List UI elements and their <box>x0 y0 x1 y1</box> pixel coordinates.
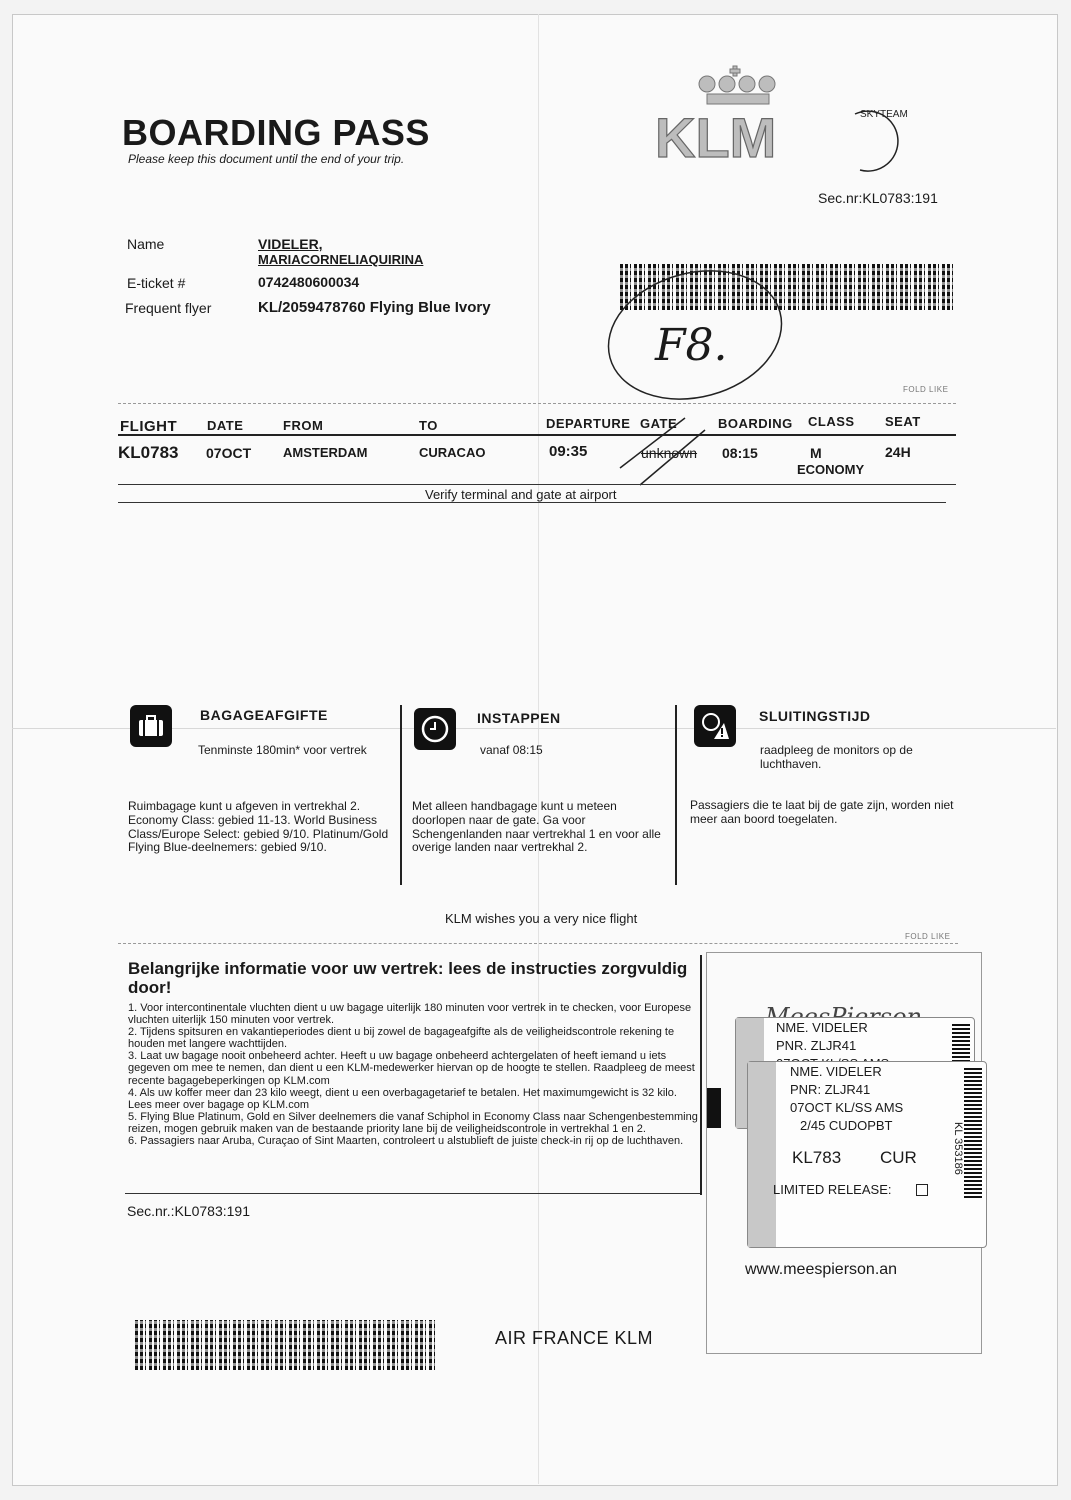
table-bottom-rule <box>118 484 956 485</box>
suitcase-icon <box>130 705 172 747</box>
col-date: DATE <box>207 418 243 433</box>
eticket-number: 0742480600034 <box>258 274 359 290</box>
info-closing: SLUITINGSTIJD raadpleeg de monitors op d… <box>694 705 964 747</box>
passenger-given-names: MARIACORNELIAQUIRINA <box>258 252 423 267</box>
clock-icon <box>414 708 456 750</box>
col-flight: FLIGHT <box>120 418 177 435</box>
important-list: 1. Voor intercontinentale vluchten dient… <box>128 1002 698 1147</box>
sequence-number: Sec.nr:KL0783:191 <box>818 190 938 206</box>
list-item: 4. Als uw koffer meer dan 23 kilo weegt,… <box>128 1087 698 1111</box>
klm-logo: KLM SKYTEAM <box>655 62 915 172</box>
col-to: TO <box>419 418 438 433</box>
meespierson-url: www.meespierson.an <box>745 1261 897 1279</box>
page-subtitle: Please keep this document until the end … <box>128 152 404 166</box>
bag-tag-front: NME. VIDELER PNR: ZLJR41 07OCT KL/SS AMS… <box>747 1061 987 1248</box>
class-name: ECONOMY <box>797 462 864 477</box>
eticket-label: E-ticket # <box>127 275 185 291</box>
farewell-message: KLM wishes you a very nice flight <box>445 911 637 926</box>
info-title: BAGAGEAFGIFTE <box>200 707 328 723</box>
list-item: 3. Laat uw bagage nooit onbeheerd achter… <box>128 1050 698 1086</box>
class-code: M <box>810 445 822 461</box>
release-checkbox[interactable] <box>916 1184 928 1196</box>
flight-from: AMSTERDAM <box>283 445 368 460</box>
info-divider <box>400 705 402 885</box>
seat-number: 24H <box>885 444 911 460</box>
important-rule <box>125 1193 701 1194</box>
info-body: Passagiers die te laat bij de gate zijn,… <box>690 799 955 827</box>
info-body: Ruimbagage kunt u afgeven in vertrekhal … <box>128 800 393 855</box>
frequent-flyer-value: KL/2059478760 Flying Blue Ivory <box>258 299 491 316</box>
info-divider <box>675 705 677 885</box>
list-item: 6. Passagiers naar Aruba, Curaçao of Sin… <box>128 1135 698 1147</box>
fold-label: FOLD LIKE <box>905 932 950 941</box>
air-france-klm-logo: AIR FRANCE KLM <box>495 1328 653 1349</box>
fold-line <box>118 943 958 944</box>
flight-date: 07OCT <box>206 445 251 461</box>
name-label: Name <box>127 236 164 252</box>
fold-line <box>118 403 956 404</box>
table-header-rule <box>118 434 956 436</box>
info-title: INSTAPPEN <box>477 710 561 726</box>
important-title: Belangrijke informatie voor uw vertrek: … <box>128 960 693 997</box>
col-class: CLASS <box>808 414 855 429</box>
svg-text:KLM: KLM <box>655 106 776 169</box>
clock-warning-icon <box>694 705 736 747</box>
bottom-barcode <box>135 1320 435 1370</box>
info-boarding: INSTAPPEN vanaf 08:15 Met alleen handbag… <box>414 708 674 750</box>
note-rule <box>118 502 946 503</box>
fold-label: FOLD LIKE <box>903 385 948 394</box>
info-subtitle: vanaf 08:15 <box>480 743 543 757</box>
list-item: 1. Voor intercontinentale vluchten dient… <box>128 1002 698 1026</box>
list-item: 5. Flying Blue Platinum, Gold en Silver … <box>128 1111 698 1135</box>
gate-handwritten: F8. <box>655 320 728 371</box>
departure-time: 09:35 <box>549 443 587 460</box>
flight-to: CURACAO <box>419 445 485 460</box>
col-seat: SEAT <box>885 414 921 429</box>
info-subtitle: Tenminste 180min* voor vertrek <box>198 743 368 757</box>
klm-crown-icon: KLM SKYTEAM <box>655 62 915 172</box>
col-from: FROM <box>283 418 323 433</box>
info-body: Met alleen handbagage kunt u meteen door… <box>412 800 670 855</box>
info-subtitle: raadpleeg de monitors op de luchthaven. <box>760 743 950 771</box>
passenger-surname: VIDELER, <box>258 236 323 252</box>
panel-marker <box>707 1088 721 1128</box>
skyteam-logo: SKYTEAM <box>860 109 908 120</box>
info-title: SLUITINGSTIJD <box>759 708 871 724</box>
gate-arrow-annotation <box>610 410 730 490</box>
sequence-number-bottom: Sec.nr.:KL0783:191 <box>127 1203 250 1219</box>
flight-number: KL0783 <box>118 443 178 463</box>
page-title: BOARDING PASS <box>122 112 430 154</box>
list-item: 2. Tijdens spitsuren en vakantieperiodes… <box>128 1026 698 1050</box>
panel-divider <box>700 955 702 1195</box>
info-baggage: BAGAGEAFGIFTE Tenminste 180min* voor ver… <box>130 705 400 747</box>
frequent-flyer-label: Frequent flyer <box>125 300 211 316</box>
verify-note: Verify terminal and gate at airport <box>425 487 617 502</box>
bag-tag-panel: MeesPierson NME. VIDELER PNR. ZLJR41 07O… <box>706 952 982 1354</box>
